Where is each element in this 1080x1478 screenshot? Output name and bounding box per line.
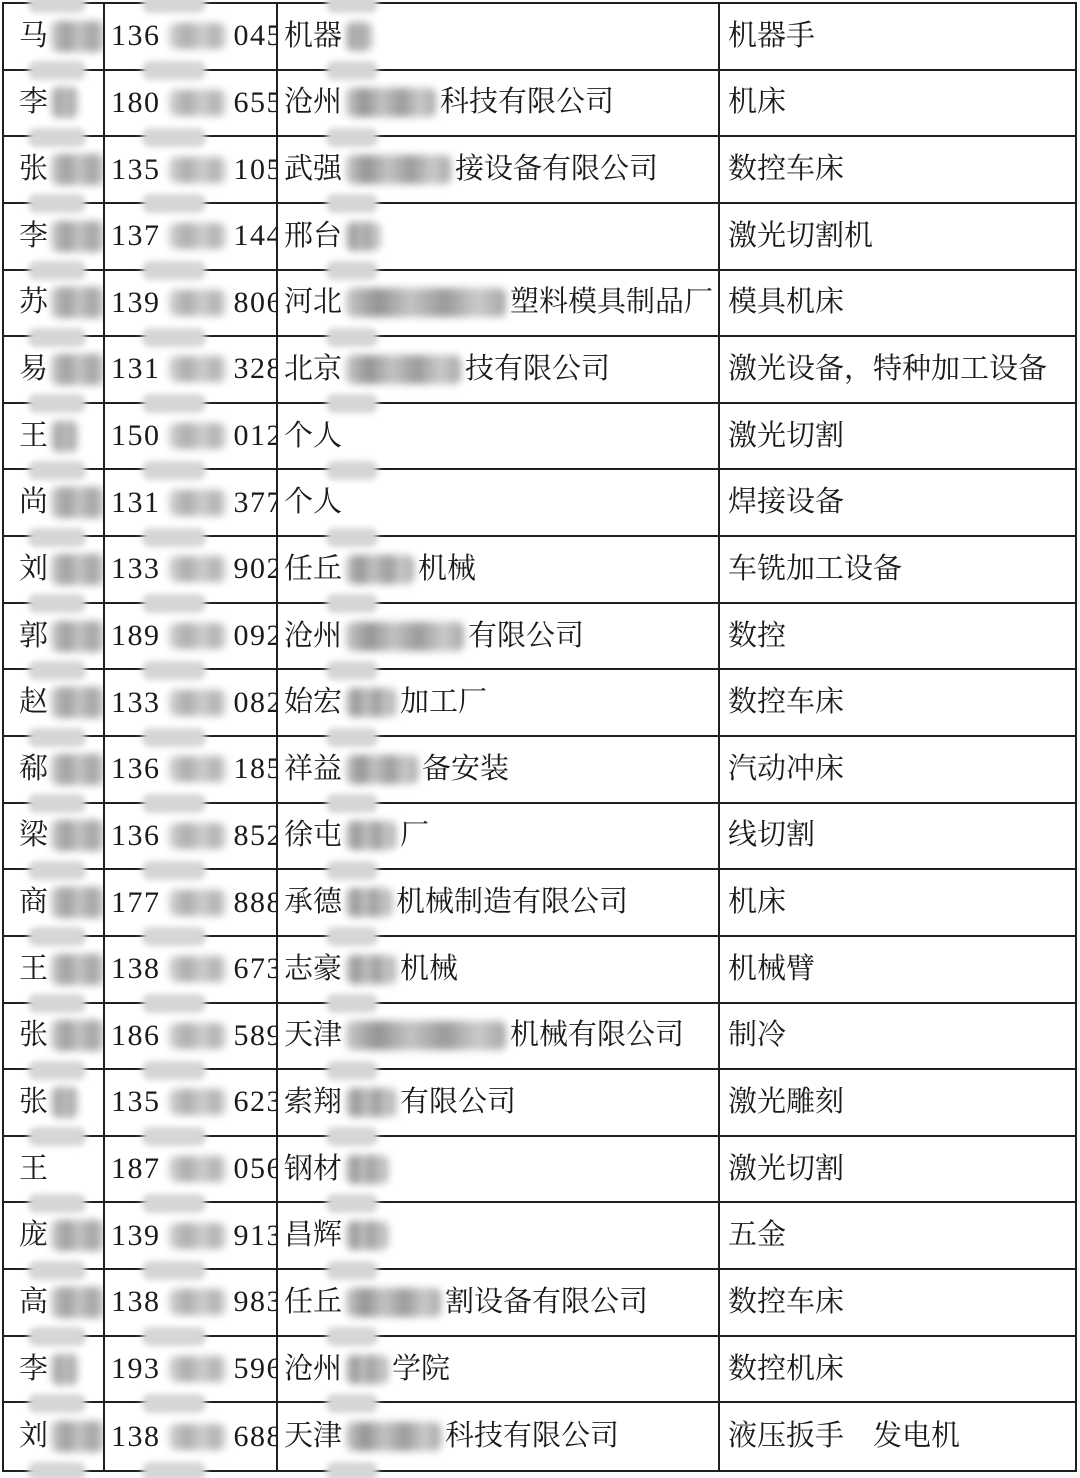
product-cell: 激光设备，特种加工设备	[720, 337, 1075, 404]
company-suffix-text: 接设备有限公司	[455, 155, 658, 184]
blur-smudge	[142, 0, 206, 13]
redacted-phone-digits	[169, 23, 226, 49]
redacted-given-name	[51, 154, 105, 185]
product-cell: 机械臂	[720, 937, 1075, 1004]
blur-smudge	[142, 461, 206, 480]
surname-text: 马	[19, 22, 48, 51]
company-cell: 始宏加工厂	[278, 670, 720, 737]
product-cell: 制冷	[720, 1004, 1075, 1071]
redacted-company-name	[346, 888, 392, 917]
blur-smudge	[28, 528, 86, 547]
redacted-company-name	[346, 755, 418, 784]
blur-smudge	[142, 861, 206, 880]
company-prefix-text: 个人	[284, 422, 342, 451]
product-cell: 数控机床	[720, 1337, 1075, 1404]
blur-smudge	[326, 1394, 378, 1413]
surname-text: 李	[19, 222, 48, 251]
company-suffix-text: 学院	[392, 1355, 450, 1384]
product-cell: 激光雕刻	[720, 1070, 1075, 1137]
product-text: 数控车床	[728, 688, 844, 717]
company-suffix-text: 有限公司	[400, 1088, 516, 1117]
redacted-company-name	[346, 155, 451, 184]
product-cell: 机器手	[720, 4, 1075, 71]
blur-smudge	[28, 927, 86, 946]
company-suffix-text: 塑料模具制品厂	[510, 288, 713, 317]
redacted-phone-digits	[169, 157, 226, 183]
surname-text: 李	[19, 1355, 48, 1384]
phone-suffix-text: 806	[234, 288, 279, 318]
redacted-company-name	[346, 222, 380, 251]
product-text: 液压扳手 发电机	[728, 1422, 960, 1451]
redacted-company-name	[346, 1422, 441, 1451]
company-prefix-text: 河北	[284, 288, 342, 317]
phone-prefix-text: 187	[111, 1154, 161, 1184]
phone-prefix-text: 177	[111, 888, 161, 918]
company-prefix-text: 天津	[284, 1021, 342, 1050]
blur-smudge	[326, 728, 378, 747]
phone-prefix-text: 131	[111, 488, 161, 518]
company-suffix-text: 机械制造有限公司	[396, 888, 628, 917]
redacted-phone-digits	[169, 1356, 226, 1382]
blur-smudge	[326, 994, 378, 1013]
company-prefix-text: 徐屯	[284, 821, 342, 850]
phone-suffix-text: 082	[234, 688, 279, 718]
blur-smudge	[142, 1462, 206, 1478]
company-suffix-text: 加工厂	[400, 688, 487, 717]
blur-smudge	[28, 1394, 86, 1413]
redacted-phone-digits	[169, 1424, 226, 1450]
product-cell: 激光切割机	[720, 204, 1075, 271]
blur-smudge	[28, 194, 86, 213]
product-text: 机床	[728, 88, 786, 117]
blur-smudge	[28, 661, 86, 680]
product-text: 焊接设备	[728, 488, 844, 517]
blur-smudge	[326, 1261, 378, 1280]
redacted-company-name	[346, 955, 396, 984]
phone-prefix-text: 137	[111, 221, 161, 251]
phone-suffix-text: 144	[234, 221, 279, 251]
phone-prefix-text: 135	[111, 155, 161, 185]
blur-smudge	[142, 1061, 206, 1080]
phone-prefix-text: 138	[111, 1287, 161, 1317]
product-text: 制冷	[728, 1021, 786, 1050]
product-text: 激光切割	[728, 1155, 844, 1184]
product-text: 机械臂	[728, 955, 815, 984]
blur-smudge	[326, 194, 378, 213]
company-prefix-text: 个人	[284, 488, 342, 517]
redacted-phone-digits	[169, 1289, 226, 1315]
company-suffix-text: 机械	[418, 555, 476, 584]
phone-prefix-text: 189	[111, 621, 161, 651]
redacted-company-name	[346, 1221, 388, 1250]
product-text: 数控	[728, 622, 786, 651]
phone-prefix-text: 180	[111, 88, 161, 118]
surname-text: 王	[19, 1155, 48, 1184]
blur-smudge	[326, 661, 378, 680]
phone-suffix-text: 596	[234, 1354, 279, 1384]
surname-text: 郗	[19, 755, 48, 784]
product-text: 激光雕刻	[728, 1088, 844, 1117]
surname-text: 刘	[19, 1422, 48, 1451]
surname-text: 商	[19, 888, 48, 917]
product-cell: 数控车床	[720, 137, 1075, 204]
blur-smudge	[28, 994, 86, 1013]
blur-smudge	[142, 1261, 206, 1280]
redacted-given-name	[51, 820, 105, 851]
company-prefix-text: 沧州	[284, 1355, 342, 1384]
phone-suffix-text: 888	[234, 888, 279, 918]
redacted-phone-digits	[169, 823, 226, 849]
blur-smudge	[28, 861, 86, 880]
product-cell: 激光切割	[720, 404, 1075, 471]
redacted-given-name	[51, 1421, 105, 1452]
product-text: 数控车床	[728, 1288, 844, 1317]
blur-smudge	[326, 1061, 378, 1080]
blur-smudge	[28, 794, 86, 813]
company-cell: 天津科技有限公司	[278, 1403, 720, 1470]
blur-smudge	[326, 261, 378, 280]
redacted-phone-digits	[169, 290, 226, 316]
blur-smudge	[142, 994, 206, 1013]
redacted-phone-digits	[169, 756, 226, 782]
phone-prefix-text: 133	[111, 554, 161, 584]
redacted-phone-digits	[169, 556, 226, 582]
company-suffix-text: 技有限公司	[465, 355, 610, 384]
redacted-phone-digits	[169, 623, 226, 649]
blur-smudge	[142, 528, 206, 547]
blur-smudge	[28, 61, 86, 80]
redacted-company-name	[346, 288, 506, 317]
redacted-phone-digits	[169, 1023, 226, 1049]
company-prefix-text: 沧州	[284, 622, 342, 651]
redacted-company-name	[346, 88, 436, 117]
redacted-phone-digits	[169, 490, 226, 516]
blur-smudge	[142, 927, 206, 946]
phone-prefix-text: 150	[111, 421, 161, 451]
redacted-company-name	[346, 1355, 388, 1384]
product-cell: 模具机床	[720, 271, 1075, 338]
blur-smudge	[142, 1127, 206, 1146]
product-text: 汽动冲床	[728, 755, 844, 784]
blur-smudge	[142, 328, 206, 347]
blur-smudge	[28, 0, 86, 13]
blur-smudge	[28, 728, 86, 747]
company-prefix-text: 任丘	[284, 1288, 342, 1317]
redacted-company-name	[346, 1288, 441, 1317]
redacted-given-name	[51, 421, 78, 452]
company-prefix-text: 祥益	[284, 755, 342, 784]
phone-prefix-text: 136	[111, 821, 161, 851]
blur-smudge	[326, 461, 378, 480]
redacted-phone-digits	[169, 1089, 226, 1115]
blur-smudge	[326, 794, 378, 813]
company-prefix-text: 沧州	[284, 88, 342, 117]
surname-text: 张	[19, 1088, 48, 1117]
product-text: 五金	[728, 1221, 786, 1250]
phone-suffix-text: 983	[234, 1287, 279, 1317]
redacted-given-name	[51, 87, 78, 118]
redacted-given-name	[51, 754, 105, 785]
product-text: 模具机床	[728, 288, 844, 317]
surname-text: 张	[19, 1021, 48, 1050]
phone-suffix-text: 623	[234, 1087, 279, 1117]
redacted-phone-digits	[169, 690, 226, 716]
blur-smudge	[142, 1394, 206, 1413]
redacted-company-name	[346, 355, 461, 384]
redacted-given-name	[51, 1020, 105, 1051]
redacted-company-name	[346, 622, 464, 651]
redacted-given-name	[51, 1087, 78, 1118]
blur-smudge	[326, 128, 378, 147]
blur-smudge	[28, 328, 86, 347]
phone-prefix-text: 138	[111, 1422, 161, 1452]
blur-smudge	[28, 1261, 86, 1280]
phone-prefix-text: 131	[111, 354, 161, 384]
blur-smudge	[326, 328, 378, 347]
redacted-company-name	[346, 821, 396, 850]
company-suffix-text: 有限公司	[468, 622, 584, 651]
redacted-company-name	[346, 22, 372, 51]
blur-smudge	[28, 1462, 86, 1478]
redacted-given-name	[51, 554, 105, 585]
redacted-company-name	[346, 1088, 396, 1117]
blur-smudge	[142, 1194, 206, 1213]
blur-smudge	[326, 61, 378, 80]
company-prefix-text: 机器	[284, 22, 342, 51]
surname-text: 梁	[19, 821, 48, 850]
redacted-phone-digits	[169, 890, 226, 916]
company-prefix-text: 天津	[284, 1422, 342, 1451]
blur-smudge	[142, 394, 206, 413]
blur-smudge	[28, 261, 86, 280]
phone-prefix-text: 193	[111, 1354, 161, 1384]
company-prefix-text: 邢台	[284, 222, 342, 251]
blur-smudge	[326, 594, 378, 613]
product-text: 线切割	[728, 821, 815, 850]
company-suffix-text: 备安装	[422, 755, 509, 784]
redacted-given-name	[51, 687, 105, 718]
blur-smudge	[142, 128, 206, 147]
blur-smudge	[28, 128, 86, 147]
phone-suffix-text: 902	[234, 554, 279, 584]
blur-smudge	[326, 1462, 378, 1478]
company-prefix-text: 昌辉	[284, 1221, 342, 1250]
phone-prefix-text: 138	[111, 954, 161, 984]
company-prefix-text: 任丘	[284, 555, 342, 584]
phone-suffix-text: 852	[234, 821, 279, 851]
phone-prefix-text: 139	[111, 1221, 161, 1251]
phone-prefix-text: 136	[111, 754, 161, 784]
company-suffix-text: 科技有限公司	[440, 88, 614, 117]
redacted-phone-digits	[169, 223, 226, 249]
redacted-given-name	[51, 221, 105, 252]
product-text: 激光切割机	[728, 222, 873, 251]
phone-suffix-text: 913	[234, 1221, 279, 1251]
redacted-phone-digits	[169, 1223, 226, 1249]
product-cell: 数控车床	[720, 1270, 1075, 1337]
product-text: 数控车床	[728, 155, 844, 184]
phone-cell: 138688	[105, 1403, 278, 1470]
company-prefix-text: 志豪	[284, 955, 342, 984]
product-text: 车铣加工设备	[728, 555, 902, 584]
company-prefix-text: 武强	[284, 155, 342, 184]
phone-suffix-text: 056	[234, 1154, 279, 1184]
blur-smudge	[28, 461, 86, 480]
company-suffix-text: 割设备有限公司	[445, 1288, 648, 1317]
name-cell: 赵	[4, 670, 105, 737]
blur-smudge	[326, 861, 378, 880]
redacted-given-name	[51, 621, 105, 652]
phone-cell: 133082	[105, 670, 278, 737]
surname-text: 王	[19, 955, 48, 984]
product-text: 激光切割	[728, 422, 844, 451]
phone-suffix-text: 377	[234, 488, 279, 518]
document-page: 马136045机器机器手李180655沧州科技有限公司机床张135105武强接设…	[0, 0, 1080, 1478]
phone-prefix-text: 133	[111, 688, 161, 718]
blur-smudge	[142, 194, 206, 213]
surname-text: 赵	[19, 688, 48, 717]
company-suffix-text: 机械	[400, 955, 458, 984]
redacted-phone-digits	[169, 423, 226, 449]
product-cell: 机床	[720, 870, 1075, 937]
blur-smudge	[326, 394, 378, 413]
redacted-phone-digits	[169, 956, 226, 982]
product-text: 机器手	[728, 22, 815, 51]
phone-suffix-text: 092	[234, 621, 279, 651]
product-cell: 数控	[720, 604, 1075, 671]
blur-smudge	[28, 1327, 86, 1346]
product-cell: 汽动冲床	[720, 737, 1075, 804]
redacted-given-name	[51, 887, 105, 918]
surname-text: 张	[19, 155, 48, 184]
blur-smudge	[142, 261, 206, 280]
product-cell: 机床	[720, 71, 1075, 138]
product-cell: 线切割	[720, 804, 1075, 871]
phone-suffix-text: 655	[234, 88, 279, 118]
surname-text: 尚	[19, 488, 48, 517]
redacted-given-name	[51, 21, 105, 52]
surname-text: 李	[19, 88, 48, 117]
company-suffix-text: 科技有限公司	[445, 1422, 619, 1451]
company-suffix-text: 厂	[400, 821, 429, 850]
surname-text: 高	[19, 1288, 48, 1317]
blur-smudge	[142, 661, 206, 680]
blur-smudge	[326, 1194, 378, 1213]
blur-smudge	[142, 1327, 206, 1346]
redacted-company-name	[346, 1155, 388, 1184]
redacted-company-name	[346, 688, 396, 717]
product-cell: 液压扳手 发电机	[720, 1403, 1075, 1470]
blur-smudge	[142, 794, 206, 813]
product-cell: 数控车床	[720, 670, 1075, 737]
redacted-phone-digits	[169, 1156, 226, 1182]
blur-smudge	[28, 1194, 86, 1213]
phone-suffix-text: 589	[234, 1021, 279, 1051]
redacted-given-name	[51, 1287, 105, 1318]
blur-smudge	[28, 1061, 86, 1080]
company-prefix-text: 始宏	[284, 688, 342, 717]
surname-text: 苏	[19, 288, 48, 317]
surname-text: 庞	[19, 1221, 48, 1250]
blur-smudge	[142, 594, 206, 613]
blur-smudge	[326, 0, 378, 13]
company-suffix-text: 机械有限公司	[510, 1021, 684, 1050]
product-cell: 车铣加工设备	[720, 537, 1075, 604]
product-text: 机床	[728, 888, 786, 917]
redacted-given-name	[51, 287, 105, 318]
product-text: 数控机床	[728, 1355, 844, 1384]
surname-text: 易	[19, 355, 48, 384]
company-prefix-text: 承德	[284, 888, 342, 917]
surname-text: 郭	[19, 622, 48, 651]
phone-suffix-text: 105	[234, 155, 279, 185]
redacted-company-name	[346, 1021, 506, 1050]
blur-smudge	[28, 1127, 86, 1146]
blur-smudge	[28, 594, 86, 613]
product-cell: 五金	[720, 1203, 1075, 1270]
phone-suffix-text: 688	[234, 1422, 279, 1452]
redacted-company-name	[346, 555, 414, 584]
blur-smudge	[142, 61, 206, 80]
company-prefix-text: 钢材	[284, 1155, 342, 1184]
phone-suffix-text: 185	[234, 754, 279, 784]
blur-smudge	[326, 1127, 378, 1146]
redacted-given-name	[51, 1354, 78, 1385]
blur-smudge	[326, 528, 378, 547]
redacted-phone-digits	[169, 356, 226, 382]
phone-suffix-text: 673	[234, 954, 279, 984]
blur-smudge	[326, 927, 378, 946]
redacted-given-name	[51, 487, 105, 518]
phone-suffix-text: 045	[234, 21, 279, 51]
phone-prefix-text: 135	[111, 1087, 161, 1117]
phone-prefix-text: 186	[111, 1021, 161, 1051]
redacted-given-name	[51, 954, 105, 985]
product-cell: 激光切割	[720, 1137, 1075, 1204]
product-cell: 焊接设备	[720, 470, 1075, 537]
name-cell: 刘	[4, 1403, 105, 1470]
phone-suffix-text: 012	[234, 421, 279, 451]
redacted-given-name	[51, 354, 105, 385]
blur-smudge	[326, 1327, 378, 1346]
surname-text: 王	[19, 422, 48, 451]
phone-prefix-text: 139	[111, 288, 161, 318]
product-text: 激光设备，特种加工设备	[728, 355, 1047, 384]
surname-text: 刘	[19, 555, 48, 584]
redacted-given-name	[51, 1220, 105, 1251]
blur-smudge	[142, 728, 206, 747]
company-prefix-text: 索翔	[284, 1088, 342, 1117]
redacted-phone-digits	[169, 90, 226, 116]
phone-suffix-text: 328	[234, 354, 279, 384]
blur-smudge	[28, 394, 86, 413]
phone-prefix-text: 136	[111, 21, 161, 51]
company-prefix-text: 北京	[284, 355, 342, 384]
